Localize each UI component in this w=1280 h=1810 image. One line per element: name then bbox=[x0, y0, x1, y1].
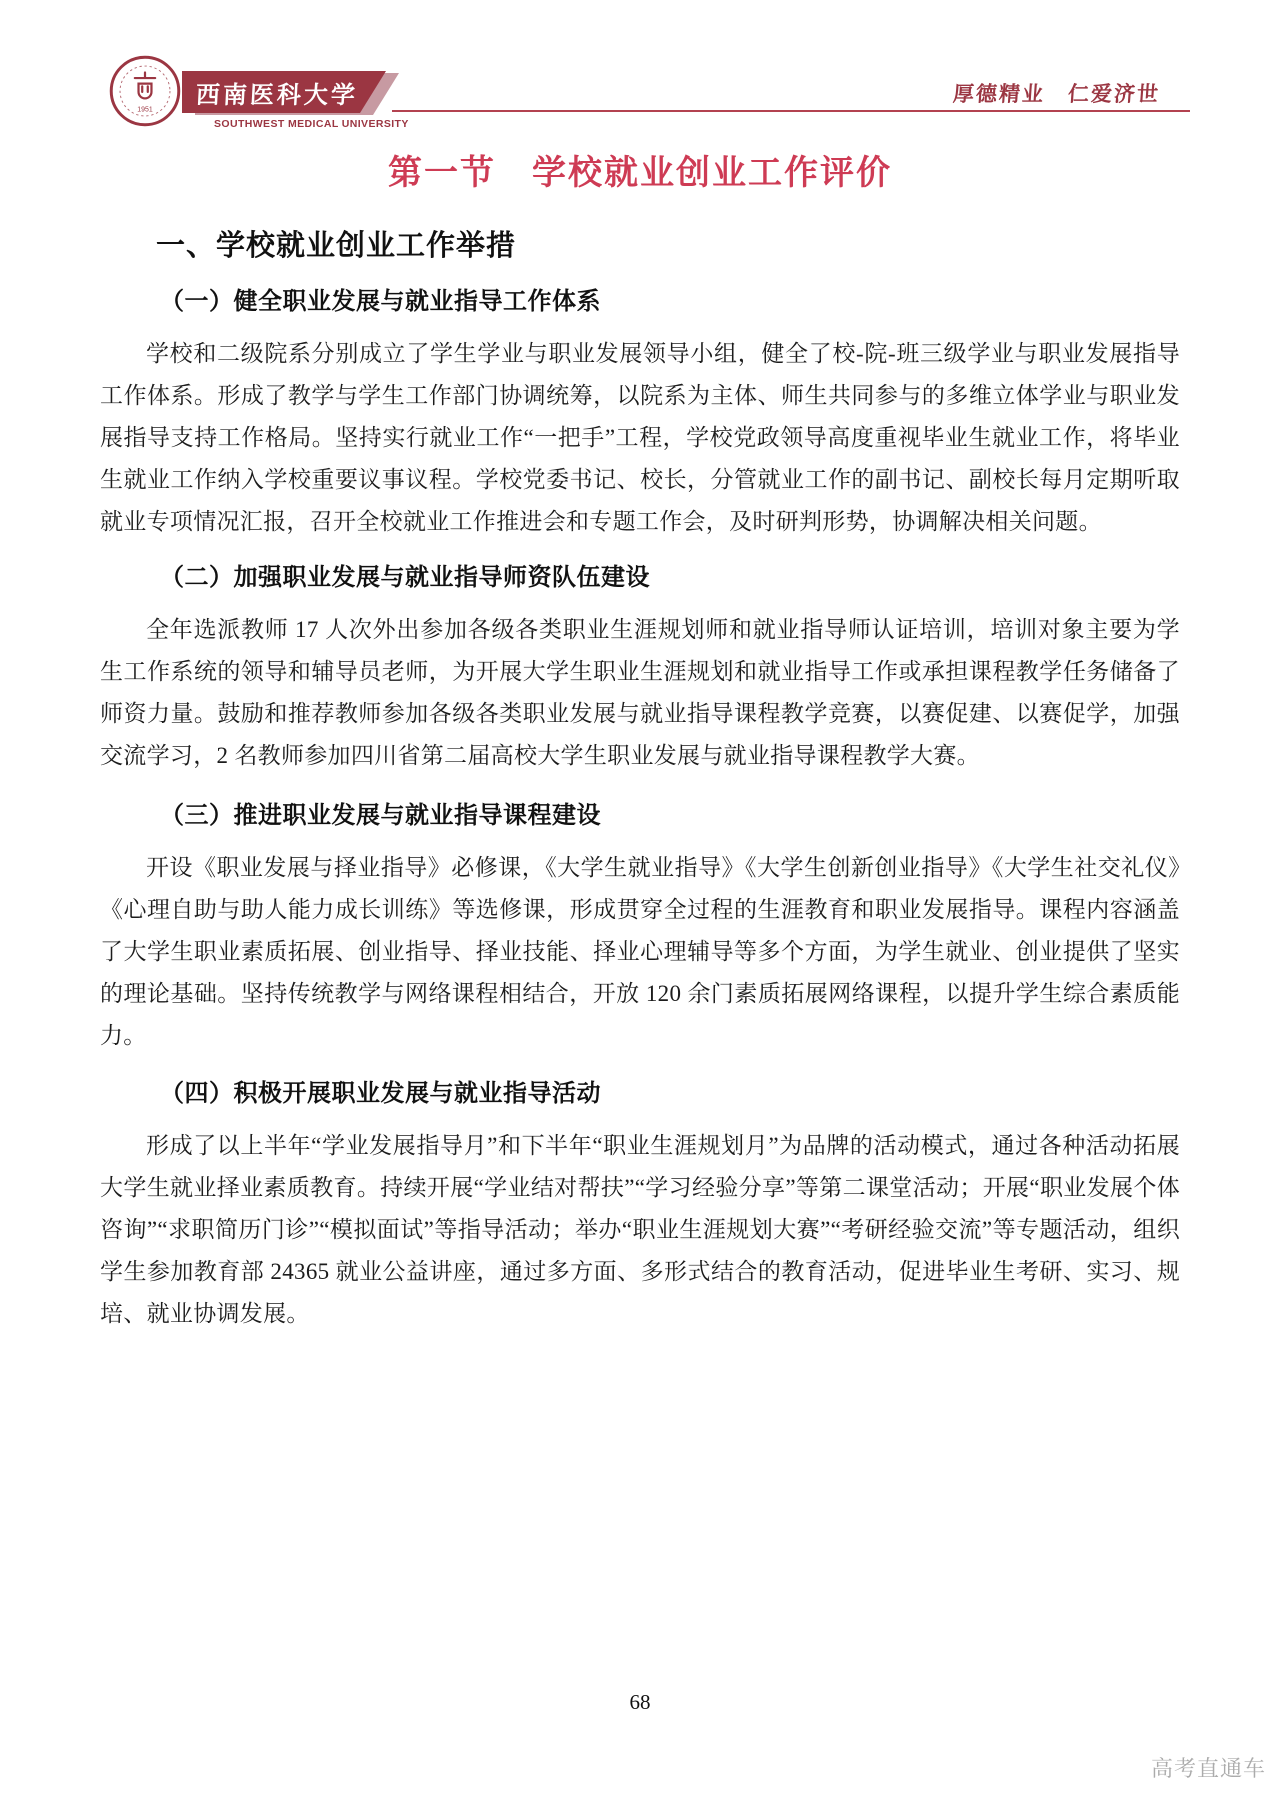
watermark-text: 高考直通车 bbox=[1151, 1752, 1266, 1783]
subsection-heading-3: （三）推进职业发展与就业指导课程建设 bbox=[160, 801, 1180, 831]
svg-text:1951: 1951 bbox=[137, 106, 153, 113]
page-number: 68 bbox=[0, 1690, 1280, 1715]
subsection-heading-4: （四）积极开展职业发展与就业指导活动 bbox=[160, 1079, 1180, 1109]
banner-ribbon: 西南医科大学 bbox=[182, 71, 386, 113]
subsection-paragraph-2: 全年选派教师 17 人次外出参加各级各类职业生涯规划师和就业指导师认证培训，培训… bbox=[100, 609, 1180, 777]
document-page: 1951 西南医科大学 SOUTHWEST MEDICAL UNIVERSITY… bbox=[0, 0, 1280, 1810]
subsection-paragraph-3: 开设《职业发展与择业指导》必修课，《大学生就业指导》《大学生创新创业指导》《大学… bbox=[100, 847, 1180, 1057]
university-name-en: SOUTHWEST MEDICAL UNIVERSITY bbox=[214, 118, 409, 130]
subsection-paragraph-1: 学校和二级院系分别成立了学生学业与职业发展领导小组，健全了校-院-班三级学业与职… bbox=[100, 333, 1180, 543]
header-rule-line bbox=[392, 110, 1190, 112]
university-banner: 西南医科大学 SOUTHWEST MEDICAL UNIVERSITY bbox=[182, 71, 542, 141]
header-motto: 厚德精业 仁爱济世 bbox=[952, 78, 1161, 108]
subsection-heading-1: （一）健全职业发展与就业指导工作体系 bbox=[160, 287, 1180, 317]
subsection-paragraph-4: 形成了以上半年“学业发展指导月”和下半年“职业生涯规划月”为品牌的活动模式，通过… bbox=[100, 1125, 1180, 1335]
document-content: 第一节 学校就业创业工作评价 一、学校就业创业工作举措 （一）健全职业发展与就业… bbox=[100, 135, 1180, 1335]
subsection-heading-2: （二）加强职业发展与就业指导师资队伍建设 bbox=[160, 563, 1180, 593]
page-header: 1951 西南医科大学 SOUTHWEST MEDICAL UNIVERSITY… bbox=[0, 0, 1280, 135]
seal-graphic: 1951 bbox=[108, 54, 182, 128]
university-seal-icon: 1951 bbox=[108, 54, 182, 128]
section-heading: 一、学校就业创业工作举措 bbox=[156, 227, 1180, 265]
university-name-cn: 西南医科大学 bbox=[195, 75, 359, 110]
page-title: 第一节 学校就业创业工作评价 bbox=[100, 151, 1180, 195]
